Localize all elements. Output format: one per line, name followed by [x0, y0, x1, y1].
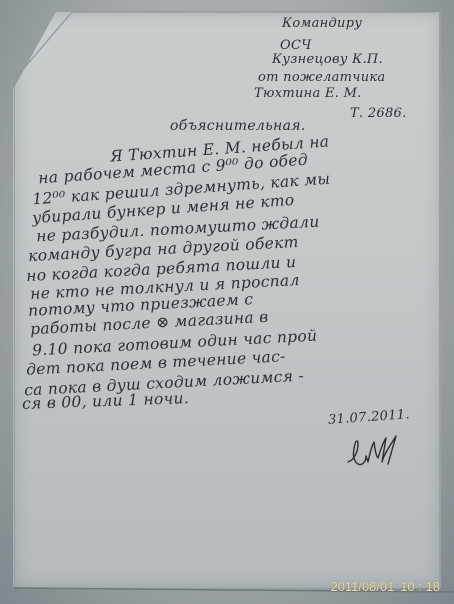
- document-title: объяснительная.: [170, 118, 306, 134]
- sender-id: Т. 2686.: [350, 106, 407, 121]
- addressee-title: Командиру: [282, 16, 362, 31]
- sender-name: Тюхтина Е. М.: [254, 86, 362, 101]
- addressee-name: Кузнецову К.П.: [272, 52, 383, 67]
- paper-edge: [439, 12, 441, 588]
- sender-role: от пожелатчика: [258, 70, 385, 85]
- addressee-unit: ОСЧ: [280, 38, 312, 53]
- timestamp-time: 10 : 18: [400, 580, 440, 594]
- signature-mark: [344, 432, 404, 468]
- timestamp-date: 2011/08/01: [331, 580, 395, 594]
- camera-timestamp: 2011/08/0110 : 18: [331, 580, 440, 594]
